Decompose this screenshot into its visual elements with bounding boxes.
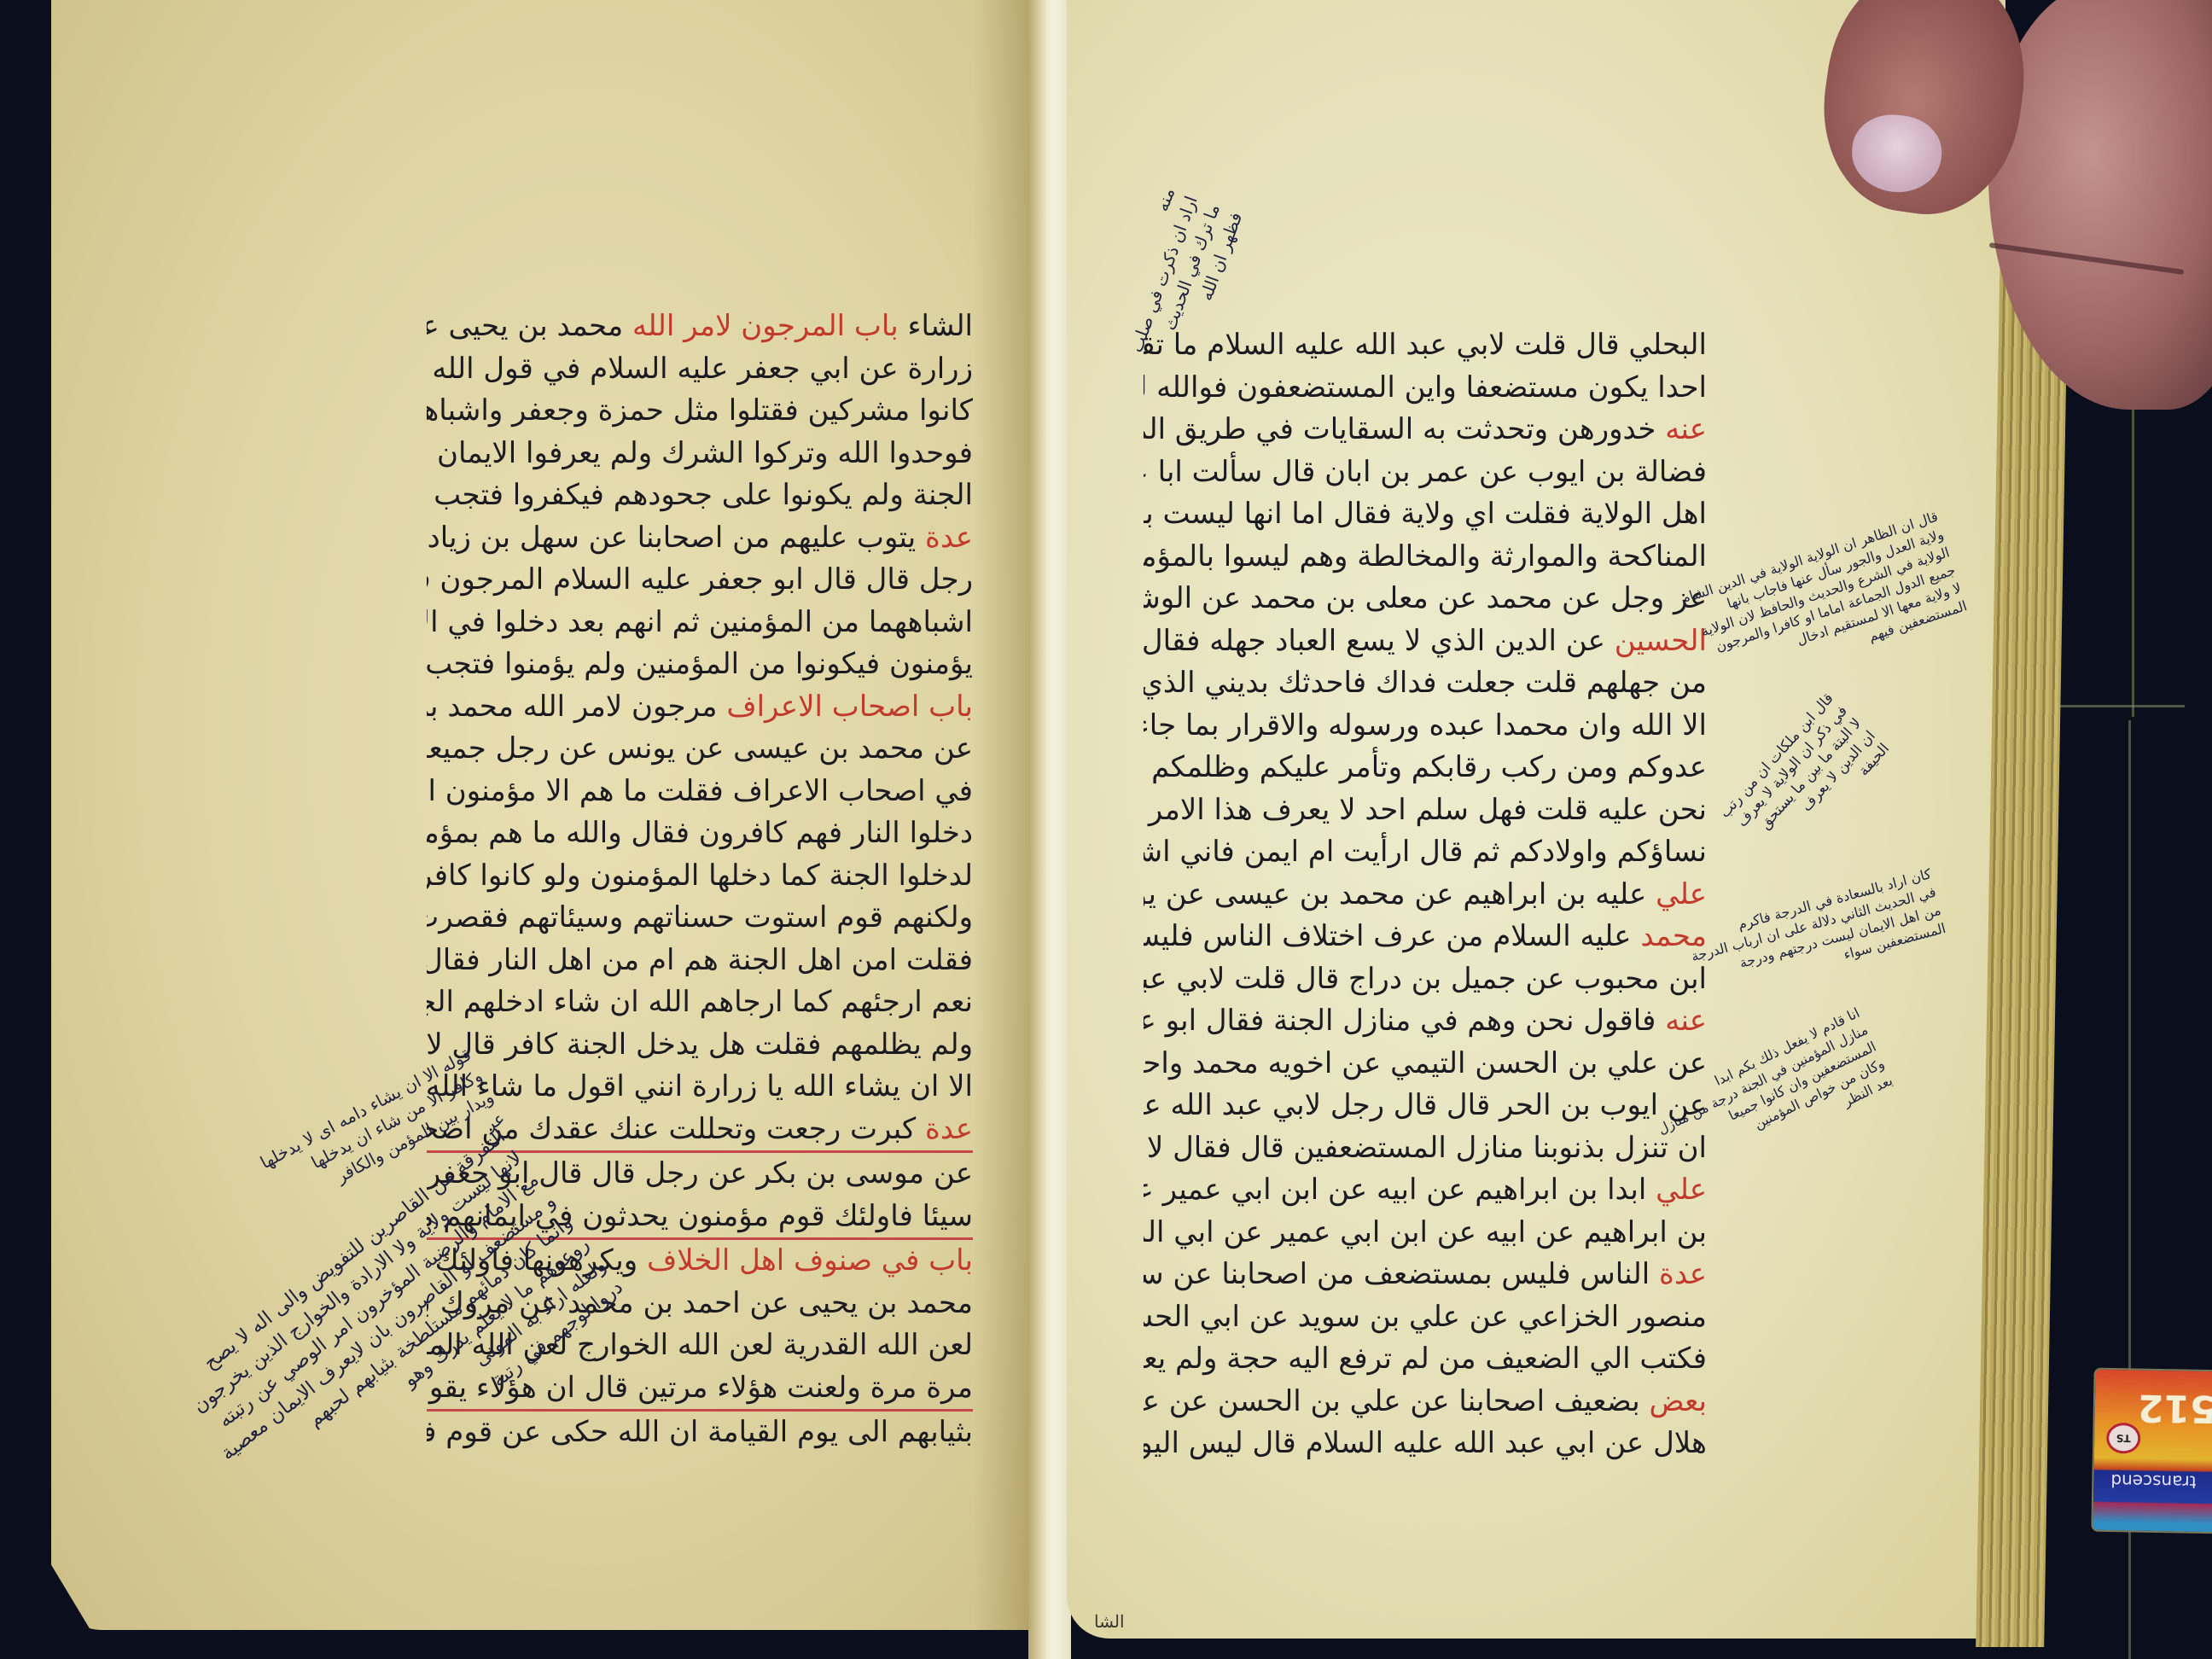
line-text: عليه بن ابراهيم عن محمد بن عيسى عن يونس … [1144, 877, 1646, 911]
line-prefix: الشاء [899, 309, 973, 343]
line-text: زرارة عن ابي جعفر عليه السلام في قول الل… [427, 352, 973, 386]
line-text: نحن عليه قلت فهل سلم احد لا يعرف هذا الا… [1144, 793, 1707, 827]
right-page: البحلي قال قلت لابي عبد الله عليه السلام… [1067, 0, 2005, 1639]
red-rubric: باب المرجون لامر الله [623, 309, 899, 343]
manuscript-line: ابن محبوب عن جميل بن دراج قال قلت لابي ع… [1144, 958, 1707, 1001]
manuscript-line: البحلي قال قلت لابي عبد الله عليه السلام… [1144, 324, 1707, 367]
manuscript-line: فقلت امن اهل الجنة هم ام من اهل النار فق… [427, 940, 973, 982]
line-text: ولم يظلمهم فقلت هل يدخل الجنة كافر قال ل… [427, 1027, 973, 1062]
line-text: بثيابهم الى يوم القيامة ان الله حكى عن ق… [427, 1415, 973, 1449]
manuscript-line: ان تنزل بذنوبنا منازل المستضعفين قال فقا… [1144, 1127, 1707, 1170]
line-text: هلال عن ابي عبد الله عليه السلام قال ليس… [1144, 1426, 1707, 1460]
manuscript-line: اهل الولاية فقلت اي ولاية فقال اما انها … [1144, 493, 1707, 536]
red-rubric: عدة [916, 1112, 973, 1146]
sticker-model-number: 512 [2138, 1386, 2212, 1431]
manuscript-line: في اصحاب الاعراف فقلت ما هم الا مؤمنون ا… [427, 771, 973, 813]
sticker-brand: transcend [2110, 1470, 2196, 1493]
red-rubric: عدة [1650, 1257, 1707, 1291]
left-page: الشاء باب المرجون لامر الله محمد بن يحيى… [51, 0, 1033, 1630]
manuscript-line: كانوا مشركين فقتلوا مثل حمزة وجعفر واشبا… [427, 390, 973, 433]
line-text: بن ابراهيم عن ابيه عن ابن ابي عمير عن اب… [1144, 1215, 1707, 1249]
line-text: عدوكم ومن ركب رقابكم وتأمر عليكم وظلمكم … [1144, 750, 1707, 784]
line-text: عن علي بن الحسن التيمي عن اخويه محمد واح… [1144, 1046, 1707, 1080]
line-text: عليه السلام من عرف اختلاف الناس فليس بمس… [1144, 919, 1632, 953]
right-margin-note-1: قال ان الظاهر ان الولاية الولاية في الدي… [1679, 508, 1969, 698]
line-text: اشباههما من المؤمنين ثم انهم بعد دخلوا ف… [427, 605, 973, 639]
red-rubric: عنه [1656, 1004, 1707, 1038]
manuscript-line: محمد عليه السلام من عرف اختلاف الناس فلي… [1144, 916, 1707, 958]
line-text: الا الله وان محمدا عبده ورسوله والاقرار … [1144, 708, 1707, 742]
manuscript-line: ولكنهم قوم استوت حسناتهم وسيئاتهم فقصرت … [427, 897, 973, 940]
line-text: مرجون لامر الله محمد بن يحيى عن احمد بن … [427, 690, 718, 724]
line-text: خدورهن وتحدثت به السقايات في طريق المدين… [1144, 412, 1656, 446]
manuscript-line: المناكحة والموارثة والمخالطة وهم ليسوا ب… [1144, 536, 1707, 579]
manuscript-line: نحن عليه قلت فهل سلم احد لا يعرف هذا الا… [1144, 789, 1707, 832]
line-text: عن الدين الذي لا يسع العباد جهله فقال ال… [1144, 624, 1605, 658]
line-text: فاقول نحن وهم في منازل الجنة فقال ابو عب… [1144, 1004, 1656, 1038]
manuscript-line: فكتب الي الضعيف من لم ترفع اليه حجة ولم … [1144, 1338, 1707, 1381]
line-text: عن ايوب بن الحر قال قال رجل لابي عبد الل… [1144, 1088, 1707, 1122]
red-rubric: باب في صنوف اهل الخلاف [637, 1243, 973, 1278]
line-text: دخلوا النار فهم كافرون فقال والله ما هم … [427, 816, 973, 850]
manuscript-line: الحسين عن الدين الذي لا يسع العباد جهله … [1144, 620, 1707, 663]
red-rubric: باب اصحاب الاعراف [718, 690, 973, 724]
manuscript-line: علي ابدا بن ابراهيم عن ابيه عن ابن ابي ع… [1144, 1169, 1707, 1212]
manuscript-line: عدة يتوب عليهم من اصحابنا عن سهل بن زياد… [427, 517, 973, 560]
line-text: نساؤكم واولادكم ثم قال ارأيت ام ايمن فان… [1144, 835, 1707, 869]
line-text: كانوا مشركين فقتلوا مثل حمزة وجعفر واشبا… [427, 393, 973, 428]
manuscript-line: الا ان يشاء الله يا زرارة انني اقول ما ش… [427, 1066, 973, 1109]
line-text: فوحدوا الله وتركوا الشرك ولم يعرفوا الاي… [427, 436, 973, 470]
line-text: المناكحة والموارثة والمخالطة وهم ليسوا ب… [1144, 539, 1707, 573]
line-text: ان تنزل بذنوبنا منازل المستضعفين قال فقا… [1144, 1131, 1707, 1165]
memory-card-sticker: 512 TS transcend [2091, 1368, 2212, 1534]
manuscript-line: رجل قال قال ابو جعفر عليه السلام المرجون… [427, 559, 973, 602]
red-rubric: بعض [1640, 1384, 1707, 1418]
line-text: ولكنهم قوم استوت حسناتهم وسيئاتهم فقصرت … [427, 900, 973, 934]
line-text: يتوب عليهم من اصحابنا عن سهل بن زياد عن … [427, 521, 916, 555]
manuscript-line: زرارة عن ابي جعفر عليه السلام في قول الل… [427, 348, 973, 391]
manuscript-line: من جهلهم قلت جعلت فداك فاحدثك بديني الذي… [1144, 662, 1707, 705]
right-page-main-text: البحلي قال قلت لابي عبد الله عليه السلام… [1144, 324, 1707, 1465]
manuscript-line: عدوكم ومن ركب رقابكم وتأمر عليكم وظلمكم … [1144, 747, 1707, 789]
line-text: رجل قال قال ابو جعفر عليه السلام المرجون… [427, 562, 973, 597]
line-text: من جهلهم قلت جعلت فداك فاحدثك بديني الذي… [1144, 666, 1707, 700]
manuscript-line: منصور الخزاعي عن علي بن سويد عن ابي الحس… [1144, 1296, 1707, 1339]
line-text: فضالة بن ايوب عن عمر بن ابان قال سألت اب… [1144, 455, 1707, 489]
line-text: في اصحاب الاعراف فقلت ما هم الا مؤمنون ا… [427, 774, 973, 808]
manuscript-line: عن محمد بن عيسى عن يونس عن رجل جميعا عن … [427, 728, 973, 771]
manuscript-line: هلال عن ابي عبد الله عليه السلام قال ليس… [1144, 1423, 1707, 1465]
right-margin-note-3: كان اراد بالسعادة في الدرجة فاكرمفي الحد… [1685, 864, 1948, 1003]
line-text: ابدا بن ابراهيم عن ابيه عن ابن ابي عمير … [1144, 1173, 1646, 1207]
manuscript-line: باب اصحاب الاعراف مرجون لامر الله محمد ب… [427, 686, 973, 729]
line-text: يؤمنون فيكونوا من المؤمنين ولم يؤمنوا فت… [427, 647, 973, 681]
manuscript-line: عز وجل عن محمد عن معلى بن محمد عن الوشاء… [1144, 578, 1707, 620]
photo-scene: الشاء باب المرجون لامر الله محمد بن يحيى… [0, 0, 2212, 1659]
line-text: منصور الخزاعي عن علي بن سويد عن ابي الحس… [1144, 1300, 1707, 1334]
right-margin-note-2: قال ابن ملكات ان من رتبفي ذكر ان الولاية… [1715, 690, 1893, 872]
manuscript-line: عنه خدورهن وتحدثت به السقايات في طريق ال… [1144, 409, 1707, 451]
line-text: محمد بن يحيى عن احمد بن محمد عن علي بن ا… [427, 309, 623, 343]
manuscript-line: عن ايوب بن الحر قال قال رجل لابي عبد الل… [1144, 1085, 1707, 1127]
manuscript-line: الا الله وان محمدا عبده ورسوله والاقرار … [1144, 705, 1707, 748]
red-rubric: علي [1646, 877, 1707, 911]
book-gutter [1028, 0, 1071, 1659]
manuscript-line: اشباههما من المؤمنين ثم انهم بعد دخلوا ف… [427, 602, 973, 644]
manuscript-line: نساؤكم واولادكم ثم قال ارأيت ام ايمن فان… [1144, 831, 1707, 874]
manuscript-line: الشاء باب المرجون لامر الله محمد بن يحيى… [427, 306, 973, 348]
manuscript-line: ولم يظلمهم فقلت هل يدخل الجنة كافر قال ل… [427, 1024, 973, 1067]
manuscript-line: عن علي بن الحسن التيمي عن اخويه محمد واح… [1144, 1043, 1707, 1086]
manuscript-line: بن ابراهيم عن ابيه عن ابن ابي عمير عن اب… [1144, 1212, 1707, 1254]
open-manuscript: الشاء باب المرجون لامر الله محمد بن يحيى… [51, 0, 2031, 1659]
manuscript-line: بعض بضعيف اصحابنا عن علي بن الحسن عن علي… [1144, 1381, 1707, 1423]
line-text: فكتب الي الضعيف من لم ترفع اليه حجة ولم … [1144, 1342, 1707, 1376]
manuscript-line: فضالة بن ايوب عن عمر بن ابان قال سألت اب… [1144, 451, 1707, 494]
manuscript-line: دخلوا النار فهم كافرون فقال والله ما هم … [427, 812, 973, 855]
manuscript-line: فوحدوا الله وتركوا الشرك ولم يعرفوا الاي… [427, 433, 973, 475]
line-text: فقلت امن اهل الجنة هم ام من اهل النار فق… [427, 943, 973, 977]
manuscript-line: احدا يكون مستضعفا واين المستضعفون فوالله… [1144, 367, 1707, 410]
manuscript-line: لدخلوا الجنة كما دخلها المؤمنون ولو كانو… [427, 855, 973, 898]
line-text: لدخلوا الجنة كما دخلها المؤمنون ولو كانو… [427, 859, 973, 893]
line-text: عز وجل عن محمد عن معلى بن محمد عن الوشاء… [1144, 581, 1707, 615]
line-text: بضعيف اصحابنا عن علي بن الحسن عن علي بن … [1144, 1384, 1640, 1418]
line-text: نعم ارجئهم كما ارجاهم الله ان شاء ادخلهم… [427, 985, 973, 1019]
manuscript-line: عنه فاقول نحن وهم في منازل الجنة فقال اب… [1144, 1000, 1707, 1043]
manuscript-line: نعم ارجئهم كما ارجاهم الله ان شاء ادخلهم… [427, 981, 973, 1024]
manuscript-line: الجنة ولم يكونوا على جحودهم فيكفروا فتجب… [427, 474, 973, 517]
line-text: الجنة ولم يكونوا على جحودهم فيكفروا فتجب… [427, 478, 973, 512]
line-text: البحلي قال قلت لابي عبد الله عليه السلام… [1144, 328, 1707, 362]
line-text: الا ان يشاء الله يا زرارة انني اقول ما ش… [427, 1069, 973, 1103]
manuscript-line: علي عليه بن ابراهيم عن محمد بن عيسى عن ي… [1144, 874, 1707, 917]
red-rubric: عدة [916, 521, 973, 555]
line-text: احدا يكون مستضعفا واين المستضعفون فوالله… [1144, 370, 1707, 405]
manuscript-line: يؤمنون فيكونوا من المؤمنين ولم يؤمنوا فت… [427, 643, 973, 686]
line-text: ابن محبوب عن جميل بن دراج قال قلت لابي ع… [1144, 962, 1707, 996]
left-folio-mark: الشا [1094, 1611, 1125, 1632]
manuscript-line: بثيابهم الى يوم القيامة ان الله حكى عن ق… [427, 1409, 973, 1454]
sticker-logo-icon: TS [2106, 1423, 2141, 1454]
line-text: عن محمد بن عيسى عن يونس عن رجل جميعا عن … [427, 731, 973, 765]
red-rubric: عنه [1656, 412, 1707, 446]
line-text: اهل الولاية فقلت اي ولاية فقال اما انها … [1144, 497, 1707, 531]
manuscript-line: عدة الناس فليس بمستضعف من اصحابنا عن سهل… [1144, 1254, 1707, 1296]
line-text: الناس فليس بمستضعف من اصحابنا عن سهل بن … [1144, 1257, 1650, 1291]
